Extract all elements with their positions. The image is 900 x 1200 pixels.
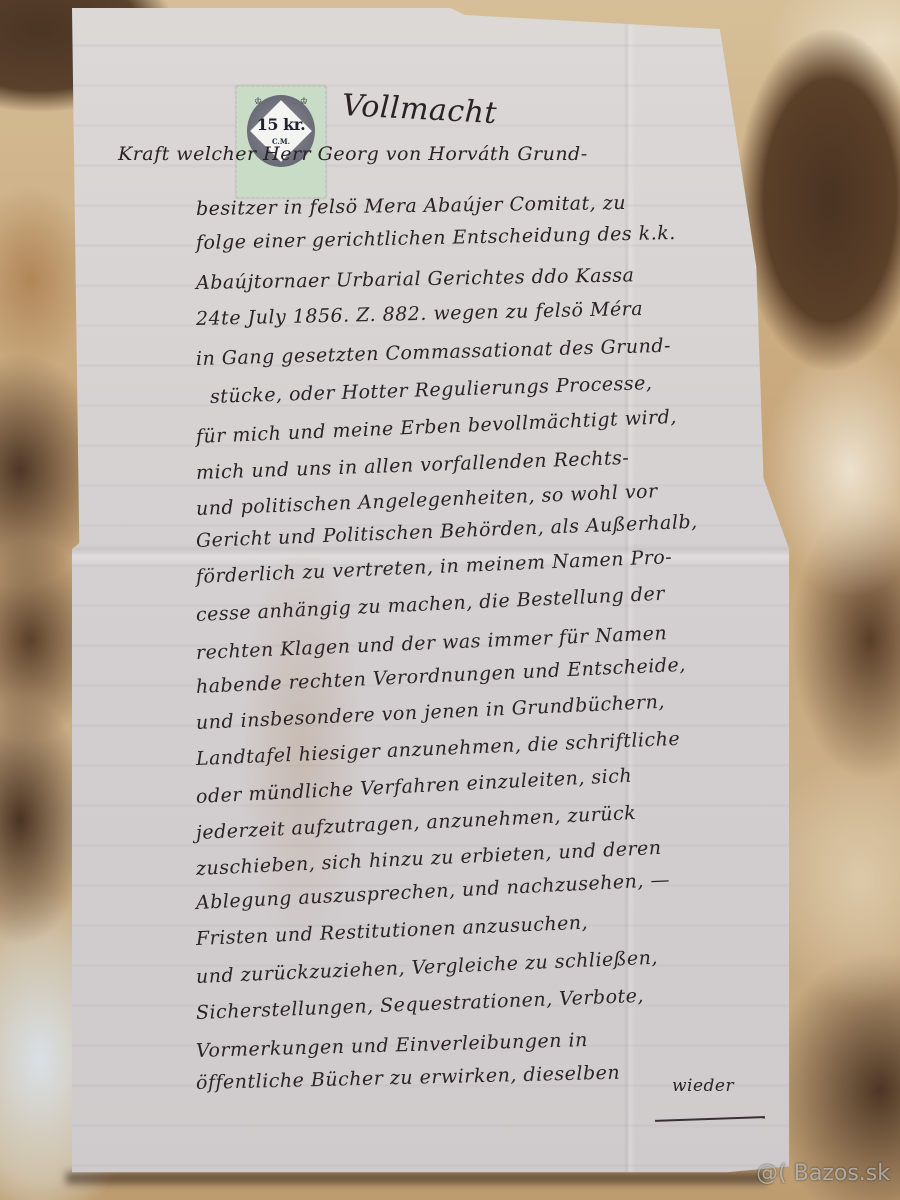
bazos-watermark: @( Bazos.sk (756, 1161, 890, 1186)
paper-shadow (66, 1172, 766, 1184)
text-line: Kraft welcher Herr Georg von Horváth Gru… (118, 143, 588, 165)
crown-icon: ♔ (254, 97, 262, 107)
stamp-value: 15 kr. (237, 115, 325, 134)
crown-icon: ♔ (300, 97, 308, 107)
revenue-stamp: ♔ ♔ 15 kr. C.M. (236, 86, 326, 198)
closing-word: wieder (672, 1076, 734, 1096)
